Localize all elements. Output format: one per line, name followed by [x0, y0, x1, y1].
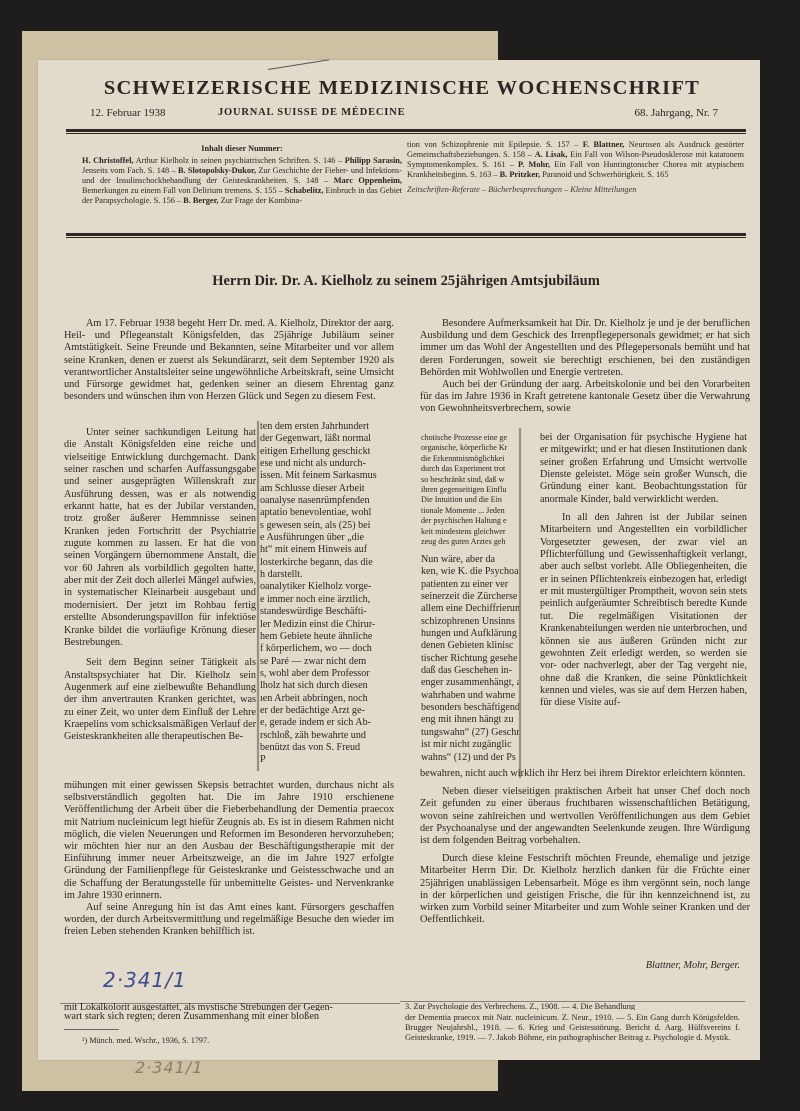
- underlay-line: aptatio benevolentiae, wohl: [260, 507, 410, 519]
- underlay-line: besonders beschäftigend: [421, 702, 519, 714]
- signature: Blattner, Mohr, Berger.: [646, 960, 740, 971]
- underlay-line: hungen und Aufklärung: [421, 628, 519, 640]
- underlay-cut-line: mit Lokalkolorit ausgestattet, als mysti…: [64, 1003, 394, 1011]
- masthead-rule: [66, 129, 746, 132]
- underlay-line: standeswürdige Beschäfti-: [260, 606, 410, 618]
- paragraph: bewahren, nicht auch wirklich ihr Herz b…: [420, 768, 750, 780]
- underlay-line: ht“ mit einem Hinweis auf: [260, 544, 410, 556]
- underlay-line: keit mindestens gleichwer: [421, 527, 519, 537]
- underlay-line: enger zusammenhängt, a: [421, 677, 519, 689]
- underlay-line: issen. Mit feinem Sarkasmus: [260, 470, 410, 482]
- underlay-line: s, wohl aber dem Professor: [260, 668, 410, 680]
- article-intro: Am 17. Februar 1938 begeht Herr Dr. med.…: [64, 318, 394, 403]
- article-right-wide: bewahren, nicht auch wirklich ihr Herz b…: [420, 768, 750, 926]
- underlay-line: P: [260, 754, 410, 766]
- underlay-line: tungswahn“ (27) Geschri: [421, 727, 519, 739]
- underlay-line: Die Intuition und die Ein: [421, 495, 519, 505]
- underlay-line: losterkirche begann, das die: [260, 557, 410, 569]
- paragraph: Neben dieser vielseitigen praktischen Ar…: [420, 786, 750, 847]
- underlay-line: se Paré — zwar nicht dem: [260, 656, 410, 668]
- underlay-line: rschloß, zäh bewahrte und: [260, 730, 410, 742]
- toc-left-column: Inhalt dieser Nummer: H. Christoffel, Ar…: [82, 144, 402, 207]
- toc-heading: Inhalt dieser Nummer:: [82, 144, 402, 154]
- paragraph: Auch bei der Gründung der aarg. Arbeitsk…: [420, 379, 750, 416]
- underlay-line: durch das Experiment trot: [421, 464, 519, 474]
- underlay-line: ist mir nicht zugänglic: [421, 739, 519, 751]
- underlay-line: e immer noch eine ärztlich,: [260, 594, 410, 606]
- underlay-line: eitigen Erhellung geschickt: [260, 446, 410, 458]
- footnote: ¹) Münch. med. Wschr., 1936, S. 1797.: [82, 1036, 209, 1045]
- underlay-line: lholz hat sich durch diesen: [260, 680, 410, 692]
- underlay-line: denen Gebieten klinisc: [421, 640, 519, 652]
- underlay-line: hem Gebiete heute ähnliche: [260, 631, 410, 643]
- paste-edge: [400, 1001, 745, 1002]
- underlay-line: zeug des guten Arztes geh: [421, 537, 519, 547]
- toc-left-text: H. Christoffel, Arthur Kielholz in seine…: [82, 156, 402, 206]
- article-left-narrow: Unter seiner sachkundigen Leitung hat di…: [64, 427, 256, 744]
- paragraph: bei der Organisation für psychische Hygi…: [540, 432, 747, 506]
- underlay-line: ese und nicht als undurch-: [260, 458, 410, 470]
- underlay-line: s gewesen sein, als (25) bei: [260, 520, 410, 532]
- issue-number: 68. Jahrgang, Nr. 7: [634, 107, 718, 119]
- underlay-line: tischer Richtung gesehe: [421, 653, 519, 665]
- underlay-line: e, gerade indem er sich Ab-: [260, 717, 410, 729]
- underlay-references: der Dementia praecox mit Natr. nucleinic…: [405, 1013, 740, 1044]
- paragraph: Auf seine Anregung hin ist das Amt eines…: [64, 902, 394, 939]
- toc-right-column: tion von Schizophrenie mit Epilepsie. S.…: [407, 140, 744, 195]
- underlay-line: wart stark sich regten; deren Zusammenha…: [64, 1011, 394, 1023]
- paragraph: Durch diese kleine Festschrift möchten F…: [420, 853, 750, 926]
- masthead-title: SCHWEIZERISCHE MEDIZINISCHE WOCHENSCHRIF…: [66, 77, 738, 100]
- underlay-line: oanalyse nasenrümpfenden: [260, 495, 410, 507]
- paragraph: Besondere Aufmerksamkeit hat Dir. Dr. Ki…: [420, 318, 750, 379]
- underlay-line: benützt das von S. Freud: [260, 742, 410, 754]
- paste-edge: [519, 428, 521, 778]
- underlay-quote-block: chotische Prozesse eine georganische, kö…: [421, 433, 519, 553]
- underlay-line: ıen Arbeit abbringen, noch: [260, 693, 410, 705]
- table-of-contents: Inhalt dieser Nummer: H. Christoffel, Ar…: [82, 144, 744, 229]
- underlay-line: ken, wie K. die Psychoa: [421, 566, 519, 578]
- pencil-shelfmark: 2·341/1: [135, 1058, 203, 1077]
- underlay-line: daß das Geschehen in-: [421, 665, 519, 677]
- underlay-line: am Schlusse dieser Arbeit: [260, 483, 410, 495]
- underlay-line: chotische Prozesse eine ge: [421, 433, 519, 443]
- journal-name: JOURNAL SUISSE DE MÉDECINE: [218, 107, 405, 118]
- underlay-line: h darstellt.: [260, 569, 410, 581]
- article-title: Herrn Dir. Dr. A. Kielholz zu seinem 25j…: [66, 273, 746, 290]
- underlay-line: wahrhaben und wahrne: [421, 690, 519, 702]
- article-left-wide: mühungen mit einer gewissen Skepsis betr…: [64, 780, 394, 939]
- underlay-line: e Ausführungen über „die: [260, 532, 410, 544]
- underlay-line: Nun wäre, aber da: [421, 554, 519, 566]
- underlay-line: so beschränkt sind, daß w: [421, 475, 519, 485]
- masthead-rule-thin: [66, 133, 746, 134]
- ink-shelfmark: 2·341/1: [103, 968, 187, 992]
- paragraph: Seit dem Beginn seiner Tätigkeit als Ans…: [64, 657, 256, 743]
- paste-edge: [257, 421, 259, 771]
- underlay-cut-line: 3. Zur Psychologie des Verbrechens. Z., …: [405, 1003, 745, 1010]
- underlay-line: der psychischen Haltung e: [421, 516, 519, 526]
- paragraph: In all den Jahren ist der Jubilar seinen…: [540, 512, 747, 710]
- underlay-line: schizophrenen Unsinns: [421, 616, 519, 628]
- toc-rule: [66, 233, 746, 236]
- underlay-line: eng mit ihnen hängt zu: [421, 714, 519, 726]
- masthead-subline: 12. Februar 1938 JOURNAL SUISSE DE MÉDEC…: [66, 107, 746, 121]
- underlay-line: wahns“ (12) und der Ps: [421, 752, 519, 764]
- underlay-line: er der bedächtige Arzt ge-: [260, 705, 410, 717]
- underlay-line: ler Medizin einst die Chirur-: [260, 619, 410, 631]
- paragraph: Am 17. Februar 1938 begeht Herr Dr. med.…: [64, 318, 394, 403]
- underlay-line: ten dem ersten Jahrhundert: [260, 421, 410, 433]
- paragraph: Unter seiner sachkundigen Leitung hat di…: [64, 427, 256, 649]
- underlay-line: seinerzeit die Zürcherse: [421, 591, 519, 603]
- underlay-line: f körperlichem, wo — doch: [260, 643, 410, 655]
- paragraph: mühungen mit einer gewissen Skepsis betr…: [64, 780, 394, 902]
- underlay-line: die Erkenntnismöglichkei: [421, 454, 519, 464]
- underlay-right-fragment: Nun wäre, aber daken, wie K. die Psychoa…: [421, 554, 519, 769]
- article-right-narrow: bei der Organisation für psychische Hygi…: [540, 432, 747, 710]
- issue-date: 12. Februar 1938: [90, 107, 165, 119]
- footnote-rule: [64, 1029, 119, 1030]
- underlay-line: tionale Momente ... Jeden: [421, 506, 519, 516]
- underlay-line: allem eine Dechiffrierun: [421, 603, 519, 615]
- underlay-line: patienten zu einer ver: [421, 579, 519, 591]
- article-right-top: Besondere Aufmerksamkeit hat Dir. Dr. Ki…: [420, 318, 750, 416]
- toc-right-text: tion von Schizophrenie mit Epilepsie. S.…: [407, 140, 744, 180]
- toc-rule-thin: [66, 237, 746, 238]
- underlay-line: der Gegenwart, läßt normal: [260, 433, 410, 445]
- underlay-middle-column: ten dem ersten Jahrhundertder Gegenwart,…: [260, 421, 410, 766]
- underlay-line: ihren gegenseitigen Einflu: [421, 485, 519, 495]
- underlay-line: organische, körperliche Kr: [421, 443, 519, 453]
- toc-sections: Zeitschriften-Referate – Bücherbesprechu…: [407, 185, 744, 195]
- underlay-line: oanalytiker Kielholz vorge-: [260, 581, 410, 593]
